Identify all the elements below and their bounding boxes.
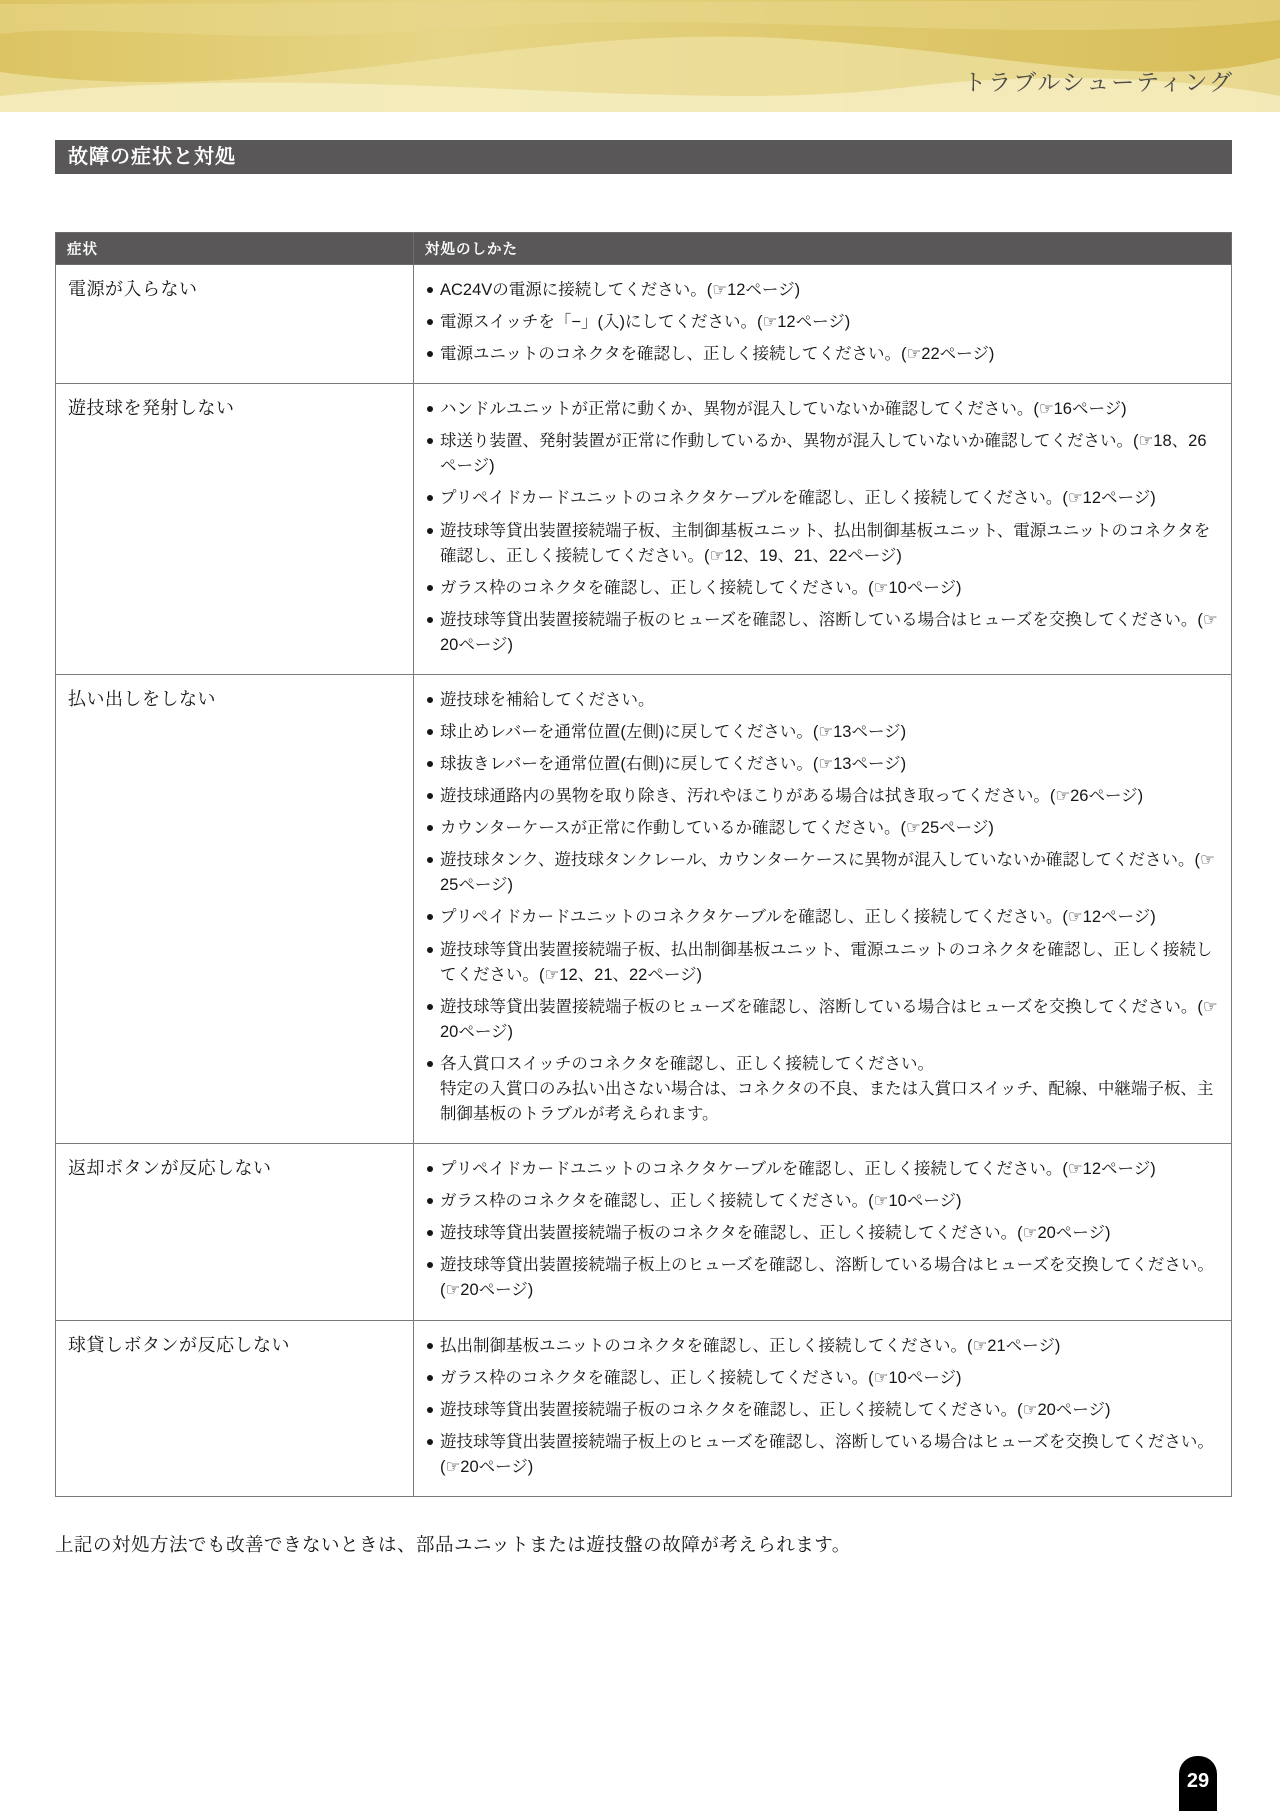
remedy-item: 遊技球等貸出装置接続端子板、払出制御基板ユニット、電源ユニットのコネクタを確認し…: [424, 938, 1219, 988]
bullet-icon: [427, 1230, 433, 1236]
remedy-text: ハンドルユニットが正常に動くか、異物が混入していないか確認してください。(☞16…: [440, 397, 1127, 422]
bullet-icon: [427, 1407, 433, 1413]
remedy-text: 球抜きレバーを通常位置(右側)に戻してください。(☞13ページ): [440, 752, 906, 777]
remedy-cell: 遊技球を補給してください。球止めレバーを通常位置(左側)に戻してください。(☞1…: [414, 674, 1232, 1143]
remedy-cell: AC24Vの電源に接続してください。(☞12ページ)電源スイッチを「−」(入)に…: [414, 265, 1232, 384]
remedy-item: ガラス枠のコネクタを確認し、正しく接続してください。(☞10ページ): [424, 576, 1219, 601]
remedy-item: 遊技球を補給してください。: [424, 688, 1219, 713]
remedy-text: 遊技球タンク、遊技球タンクレール、カウンターケースに異物が混入していないか確認し…: [440, 848, 1219, 898]
bullet-icon: [427, 697, 433, 703]
table-body: 電源が入らないAC24Vの電源に接続してください。(☞12ページ)電源スイッチを…: [56, 265, 1232, 1497]
remedy-text: ガラス枠のコネクタを確認し、正しく接続してください。(☞10ページ): [440, 1189, 961, 1214]
remedy-text: 遊技球等貸出装置接続端子板、払出制御基板ユニット、電源ユニットのコネクタを確認し…: [440, 938, 1219, 988]
remedy-item: 球止めレバーを通常位置(左側)に戻してください。(☞13ページ): [424, 720, 1219, 745]
remedy-text: 遊技球通路内の異物を取り除き、汚れやほこりがある場合は拭き取ってください。(☞2…: [440, 784, 1143, 809]
remedy-text: ガラス枠のコネクタを確認し、正しく接続してください。(☞10ページ): [440, 1366, 961, 1391]
remedy-text: 遊技球等貸出装置接続端子板のヒューズを確認し、溶断している場合はヒューズを交換し…: [440, 995, 1219, 1045]
symptom-cell: 球貸しボタンが反応しない: [56, 1320, 414, 1496]
bullet-icon: [427, 528, 433, 534]
bullet-icon: [427, 857, 433, 863]
symptom-cell: 払い出しをしない: [56, 674, 414, 1143]
remedy-item: 各入賞口スイッチのコネクタを確認し、正しく接続してください。 特定の入賞口のみ払…: [424, 1052, 1219, 1127]
bullet-icon: [427, 793, 433, 799]
table-row: 返却ボタンが反応しないプリペイドカードユニットのコネクタケーブルを確認し、正しく…: [56, 1144, 1232, 1320]
table-row: 球貸しボタンが反応しない払出制御基板ユニットのコネクタを確認し、正しく接続してく…: [56, 1320, 1232, 1496]
remedy-item: 遊技球通路内の異物を取り除き、汚れやほこりがある場合は拭き取ってください。(☞2…: [424, 784, 1219, 809]
remedy-item: 遊技球等貸出装置接続端子板上のヒューズを確認し、溶断している場合はヒューズを交換…: [424, 1430, 1219, 1480]
remedy-text: 遊技球等貸出装置接続端子板上のヒューズを確認し、溶断している場合はヒューズを交換…: [440, 1253, 1219, 1303]
section-title: 故障の症状と対処: [55, 140, 1232, 174]
symptom-cell: 返却ボタンが反応しない: [56, 1144, 414, 1320]
remedy-item: 遊技球等貸出装置接続端子板のヒューズを確認し、溶断している場合はヒューズを交換し…: [424, 995, 1219, 1045]
remedy-cell: プリペイドカードユニットのコネクタケーブルを確認し、正しく接続してください。(☞…: [414, 1144, 1232, 1320]
remedy-text: 遊技球等貸出装置接続端子板のコネクタを確認し、正しく接続してください。(☞20ペ…: [440, 1398, 1110, 1423]
remedy-item: 遊技球等貸出装置接続端子板のコネクタを確認し、正しく接続してください。(☞20ペ…: [424, 1398, 1219, 1423]
remedy-item: プリペイドカードユニットのコネクタケーブルを確認し、正しく接続してください。(☞…: [424, 1157, 1219, 1182]
bullet-icon: [427, 351, 433, 357]
table-row: 電源が入らないAC24Vの電源に接続してください。(☞12ページ)電源スイッチを…: [56, 265, 1232, 384]
remedy-text: 電源ユニットのコネクタを確認し、正しく接続してください。(☞22ページ): [440, 342, 994, 367]
remedy-item: プリペイドカードユニットのコネクタケーブルを確認し、正しく接続してください。(☞…: [424, 486, 1219, 511]
bullet-icon: [427, 947, 433, 953]
bullet-icon: [427, 1375, 433, 1381]
symptom-cell: 遊技球を発射しない: [56, 384, 414, 675]
remedy-text: 各入賞口スイッチのコネクタを確認し、正しく接続してください。 特定の入賞口のみ払…: [440, 1052, 1219, 1127]
page-header-label: トラブルシューティング: [963, 64, 1234, 97]
remedy-text: 電源スイッチを「−」(入)にしてください。(☞12ページ): [440, 310, 850, 335]
bullet-icon: [427, 761, 433, 767]
bullet-icon: [427, 438, 433, 444]
bullet-icon: [427, 617, 433, 623]
bullet-icon: [427, 319, 433, 325]
page-number-tab: 29: [1179, 1756, 1217, 1811]
remedy-text: 遊技球等貸出装置接続端子板のヒューズを確認し、溶断している場合はヒューズを交換し…: [440, 608, 1219, 658]
remedy-text: 遊技球等貸出装置接続端子板、主制御基板ユニット、払出制御基板ユニット、電源ユニッ…: [440, 519, 1219, 569]
bullet-icon: [427, 914, 433, 920]
remedy-text: プリペイドカードユニットのコネクタケーブルを確認し、正しく接続してください。(☞…: [440, 486, 1156, 511]
table-head: 症状 対処のしかた: [56, 233, 1232, 265]
troubleshooting-table: 症状 対処のしかた 電源が入らないAC24Vの電源に接続してください。(☞12ペ…: [55, 232, 1232, 1497]
symptom-cell: 電源が入らない: [56, 265, 414, 384]
bullet-icon: [427, 1198, 433, 1204]
remedy-item: 遊技球等貸出装置接続端子板、主制御基板ユニット、払出制御基板ユニット、電源ユニッ…: [424, 519, 1219, 569]
remedy-text: 払出制御基板ユニットのコネクタを確認し、正しく接続してください。(☞21ページ): [440, 1334, 1060, 1359]
bullet-icon: [427, 1166, 433, 1172]
remedy-text: プリペイドカードユニットのコネクタケーブルを確認し、正しく接続してください。(☞…: [440, 1157, 1156, 1182]
bullet-icon: [427, 1004, 433, 1010]
table-row: 払い出しをしない遊技球を補給してください。球止めレバーを通常位置(左側)に戻して…: [56, 674, 1232, 1143]
remedy-item: ハンドルユニットが正常に動くか、異物が混入していないか確認してください。(☞16…: [424, 397, 1219, 422]
remedy-item: 遊技球タンク、遊技球タンクレール、カウンターケースに異物が混入していないか確認し…: [424, 848, 1219, 898]
remedy-item: カウンターケースが正常に作動しているか確認してください。(☞25ページ): [424, 816, 1219, 841]
column-header-symptom: 症状: [56, 233, 414, 265]
remedy-item: ガラス枠のコネクタを確認し、正しく接続してください。(☞10ページ): [424, 1189, 1219, 1214]
header-band: トラブルシューティング: [0, 0, 1280, 112]
footer-note: 上記の対処方法でも改善できないときは、部品ユニットまたは遊技盤の故障が考えられま…: [55, 1531, 1235, 1557]
remedy-item: プリペイドカードユニットのコネクタケーブルを確認し、正しく接続してください。(☞…: [424, 905, 1219, 930]
remedy-item: 球抜きレバーを通常位置(右側)に戻してください。(☞13ページ): [424, 752, 1219, 777]
remedy-item: 遊技球等貸出装置接続端子板上のヒューズを確認し、溶断している場合はヒューズを交換…: [424, 1253, 1219, 1303]
remedy-text: 球送り装置、発射装置が正常に作動しているか、異物が混入していないか確認してくださ…: [440, 429, 1219, 479]
remedy-text: 遊技球を補給してください。: [440, 688, 655, 713]
bullet-icon: [427, 585, 433, 591]
remedy-text: 球止めレバーを通常位置(左側)に戻してください。(☞13ページ): [440, 720, 906, 745]
bullet-icon: [427, 287, 433, 293]
remedy-text: AC24Vの電源に接続してください。(☞12ページ): [440, 278, 800, 303]
bullet-icon: [427, 1262, 433, 1268]
bullet-icon: [427, 495, 433, 501]
remedy-text: プリペイドカードユニットのコネクタケーブルを確認し、正しく接続してください。(☞…: [440, 905, 1156, 930]
remedy-cell: ハンドルユニットが正常に動くか、異物が混入していないか確認してください。(☞16…: [414, 384, 1232, 675]
table-row: 遊技球を発射しないハンドルユニットが正常に動くか、異物が混入していないか確認して…: [56, 384, 1232, 675]
column-header-remedy: 対処のしかた: [414, 233, 1232, 265]
remedy-item: 電源ユニットのコネクタを確認し、正しく接続してください。(☞22ページ): [424, 342, 1219, 367]
remedy-item: 電源スイッチを「−」(入)にしてください。(☞12ページ): [424, 310, 1219, 335]
header-row: 症状 対処のしかた: [56, 233, 1232, 265]
bullet-icon: [427, 1343, 433, 1349]
remedy-item: ガラス枠のコネクタを確認し、正しく接続してください。(☞10ページ): [424, 1366, 1219, 1391]
remedy-text: カウンターケースが正常に作動しているか確認してください。(☞25ページ): [440, 816, 994, 841]
bullet-icon: [427, 825, 433, 831]
remedy-item: AC24Vの電源に接続してください。(☞12ページ): [424, 278, 1219, 303]
remedy-cell: 払出制御基板ユニットのコネクタを確認し、正しく接続してください。(☞21ページ)…: [414, 1320, 1232, 1496]
bullet-icon: [427, 1061, 433, 1067]
remedy-text: 遊技球等貸出装置接続端子板上のヒューズを確認し、溶断している場合はヒューズを交換…: [440, 1430, 1219, 1480]
remedy-item: 遊技球等貸出装置接続端子板のヒューズを確認し、溶断している場合はヒューズを交換し…: [424, 608, 1219, 658]
bullet-icon: [427, 406, 433, 412]
remedy-item: 遊技球等貸出装置接続端子板のコネクタを確認し、正しく接続してください。(☞20ペ…: [424, 1221, 1219, 1246]
bullet-icon: [427, 729, 433, 735]
remedy-text: 遊技球等貸出装置接続端子板のコネクタを確認し、正しく接続してください。(☞20ペ…: [440, 1221, 1110, 1246]
remedy-text: ガラス枠のコネクタを確認し、正しく接続してください。(☞10ページ): [440, 576, 961, 601]
remedy-item: 払出制御基板ユニットのコネクタを確認し、正しく接続してください。(☞21ページ): [424, 1334, 1219, 1359]
remedy-item: 球送り装置、発射装置が正常に作動しているか、異物が混入していないか確認してくださ…: [424, 429, 1219, 479]
bullet-icon: [427, 1439, 433, 1445]
